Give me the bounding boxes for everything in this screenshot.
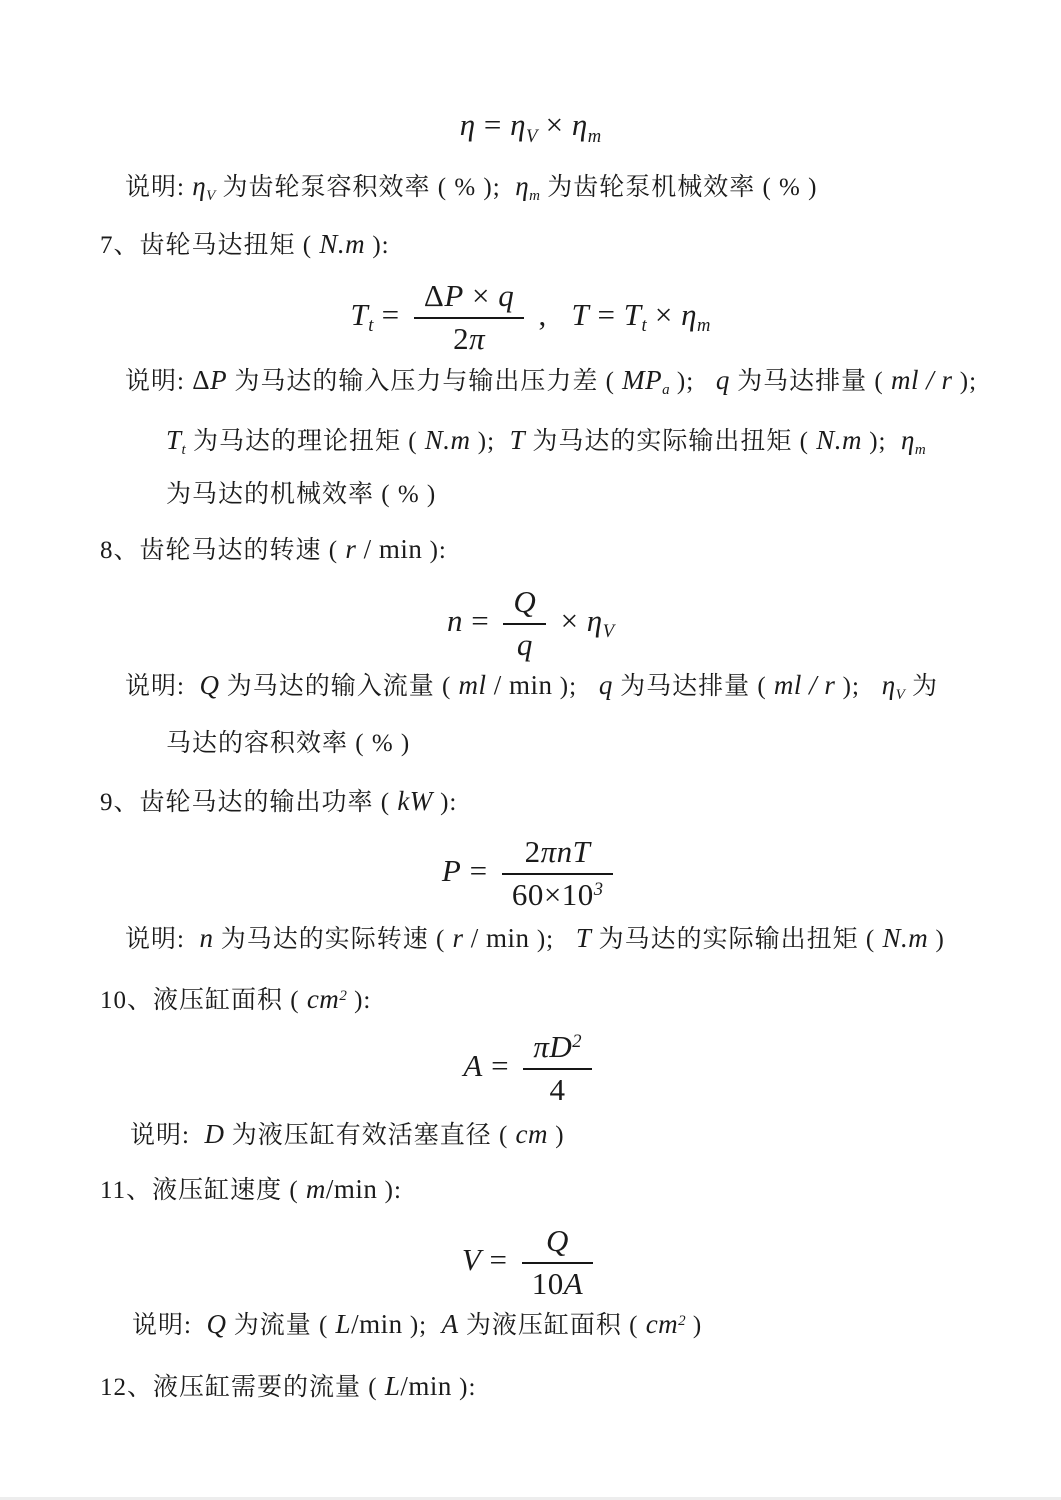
math-italic-run: η bbox=[572, 107, 588, 142]
math-roman-run: = bbox=[463, 603, 497, 638]
math-roman-run: = bbox=[461, 853, 495, 888]
text-run: ): bbox=[365, 232, 390, 259]
math-roman-run: × bbox=[464, 278, 498, 313]
math-italic-run: πnT bbox=[541, 834, 591, 869]
text-run: 马达的容积效率 ( % ) bbox=[166, 730, 410, 757]
math-italic-run: Q bbox=[513, 584, 536, 619]
subscript: m bbox=[697, 315, 710, 336]
text-run: ); bbox=[862, 428, 901, 455]
motor-torque-formula: Tt = ΔP × q2π , T = Tt × ηm bbox=[0, 276, 1061, 360]
math-italic-run: πD bbox=[533, 1029, 572, 1064]
cylinder-area-note: 说明: D 为液压缸有效活塞直径 ( cm ) bbox=[130, 1116, 565, 1153]
math-roman-run: × bbox=[647, 297, 681, 332]
fraction-numerator: Q bbox=[503, 582, 546, 623]
text-run: ); bbox=[471, 428, 510, 455]
fraction-denominator: 4 bbox=[523, 1068, 591, 1111]
subscript: m bbox=[588, 126, 601, 147]
math-italic-run: η bbox=[882, 670, 896, 700]
math-italic-run: MP bbox=[622, 365, 662, 395]
text-run: 说明: bbox=[125, 368, 192, 395]
text-run: ): bbox=[422, 537, 447, 564]
text-run: ): bbox=[347, 987, 372, 1014]
text-run: 为流量 ( bbox=[226, 1312, 335, 1339]
text-run: 为马达的输入压力与输出压力差 ( bbox=[227, 368, 622, 395]
math-roman-run: 4 bbox=[549, 1072, 565, 1107]
math-italic-run: η bbox=[515, 171, 529, 201]
math-italic-run: kW bbox=[397, 786, 432, 816]
text-run: ); bbox=[553, 673, 599, 700]
math-italic-run: T bbox=[510, 425, 526, 455]
text-run: 说明: bbox=[125, 673, 199, 700]
math-italic-run: q bbox=[716, 365, 730, 395]
math-italic-run: cm bbox=[646, 1309, 678, 1339]
text-run: ); bbox=[835, 673, 881, 700]
text-run: ); bbox=[670, 368, 716, 395]
subscript: V bbox=[206, 188, 215, 204]
math-italic-run: η bbox=[587, 603, 603, 638]
text-run: 为 bbox=[905, 673, 938, 700]
fraction: Qq bbox=[503, 582, 546, 666]
pump-efficiency-note: 说明: ηV 为齿轮泵容积效率 ( % ); ηm 为齿轮泵机械效率 ( % ) bbox=[125, 168, 817, 205]
math-italic-run: η bbox=[510, 107, 526, 142]
math-italic-run: L bbox=[336, 1309, 352, 1339]
math-italic-run: η bbox=[460, 107, 476, 142]
text-run: 为液压缸面积 ( bbox=[459, 1312, 646, 1339]
math-roman-run: × bbox=[552, 603, 586, 638]
math-italic-run: A bbox=[442, 1309, 459, 1339]
pump-overall-efficiency-formula: η = ηV × ηm bbox=[0, 104, 1061, 146]
text-run: ): bbox=[433, 789, 458, 816]
text-run: 11、液压缸速度 ( bbox=[100, 1177, 306, 1204]
math-roman-run: 10 bbox=[532, 1266, 564, 1301]
section-11-heading: 11、液压缸速度 ( m/min ): bbox=[100, 1171, 402, 1208]
subscript: t bbox=[642, 315, 647, 336]
text-run: 为马达的理论扭矩 ( bbox=[186, 428, 425, 455]
fraction-numerator: Q bbox=[522, 1221, 593, 1262]
superscript: 2 bbox=[572, 1031, 581, 1052]
math-italic-run: N.m bbox=[882, 923, 928, 953]
math-italic-run: ml / r bbox=[891, 365, 953, 395]
math-italic-run: Q bbox=[546, 1223, 569, 1258]
subscript: t bbox=[368, 315, 373, 336]
section-10-heading: 10、液压缸面积 ( cm2 ): bbox=[100, 981, 371, 1018]
fraction-denominator: 10A bbox=[522, 1262, 593, 1305]
subscript: t bbox=[182, 442, 186, 458]
fraction: ΔP × q2π bbox=[414, 276, 524, 360]
text-run: 为马达的输入流量 ( bbox=[219, 673, 458, 700]
math-italic-run: r bbox=[453, 923, 464, 953]
fraction-numerator: πD2 bbox=[523, 1027, 591, 1068]
fraction-denominator: 60×103 bbox=[502, 873, 613, 916]
cylinder-speed-formula: V = Q10A bbox=[0, 1221, 1061, 1305]
subscript: V bbox=[603, 621, 614, 642]
section-8-heading: 8、齿轮马达的转速 ( r / min ): bbox=[100, 531, 447, 568]
math-italic-run: T bbox=[351, 297, 369, 332]
math-italic-run: ml / r bbox=[774, 670, 836, 700]
math-italic-run: A bbox=[564, 1266, 583, 1301]
math-italic-run: N.m bbox=[425, 425, 471, 455]
math-roman-run: = bbox=[476, 107, 510, 142]
text-run: ) bbox=[928, 926, 945, 953]
text-run: 为液压缸有效活塞直径 ( bbox=[224, 1122, 515, 1149]
superscript: 2 bbox=[678, 1313, 686, 1329]
math-italic-run: N.m bbox=[816, 425, 862, 455]
text-run: 为齿轮泵容积效率 ( % ); bbox=[215, 174, 515, 201]
math-italic-run: m bbox=[306, 1174, 326, 1204]
math-italic-run: n bbox=[447, 603, 463, 638]
subscript: a bbox=[662, 382, 670, 398]
math-roman-run: , bbox=[530, 297, 571, 332]
math-roman-run: = bbox=[373, 297, 407, 332]
superscript: 3 bbox=[594, 879, 603, 900]
math-italic-run: cm bbox=[516, 1119, 548, 1149]
fraction-numerator: 2πnT bbox=[502, 832, 613, 873]
text-run: 12、液压缸需要的流量 ( bbox=[100, 1374, 385, 1401]
math-italic-run: T bbox=[576, 923, 592, 953]
math-italic-run: q bbox=[498, 278, 514, 313]
math-roman-run: × bbox=[537, 107, 571, 142]
math-italic-run: n bbox=[199, 923, 213, 953]
text-run: 为马达的实际转速 ( bbox=[213, 926, 452, 953]
motor-power-formula: P = 2πnT60×103 bbox=[0, 832, 1061, 916]
motor-speed-note-line-1: 说明: Q 为马达的输入流量 ( ml / min ); q 为马达排量 ( m… bbox=[125, 667, 938, 704]
math-italic-run: Q bbox=[199, 670, 219, 700]
math-roman-run: = bbox=[481, 1242, 515, 1277]
text-run: 9、齿轮马达的输出功率 ( bbox=[100, 789, 397, 816]
math-italic-run: P bbox=[210, 365, 227, 395]
text-run: 为马达的实际输出扭矩 ( bbox=[525, 428, 816, 455]
subscript: m bbox=[915, 442, 926, 458]
math-italic-run: L bbox=[385, 1371, 401, 1401]
section-12-heading: 12、液压缸需要的流量 ( L/min ): bbox=[100, 1368, 476, 1405]
section-9-heading: 9、齿轮马达的输出功率 ( kW ): bbox=[100, 783, 457, 820]
text-run: ): bbox=[452, 1374, 477, 1401]
text-run: 为马达的机械效率 ( % ) bbox=[166, 481, 436, 508]
motor-torque-note-line-2: Tt 为马达的理论扭矩 ( N.m ); T 为马达的实际输出扭矩 ( N.m … bbox=[166, 422, 926, 459]
motor-torque-note-line-3: 为马达的机械效率 ( % ) bbox=[166, 478, 436, 512]
math-roman-run: 2 bbox=[453, 321, 469, 356]
math-italic-run: A bbox=[463, 1048, 482, 1083]
math-italic-run: q bbox=[517, 627, 533, 662]
fraction: 2πnT60×103 bbox=[502, 832, 613, 916]
math-italic-run: Q bbox=[206, 1309, 226, 1339]
math-italic-run: q bbox=[599, 670, 613, 700]
text-run: ); bbox=[953, 368, 978, 395]
math-roman-run: = bbox=[483, 1048, 517, 1083]
text-run: 8、齿轮马达的转速 ( bbox=[100, 537, 345, 564]
subscript: m bbox=[529, 188, 540, 204]
fraction-denominator: q bbox=[503, 623, 546, 666]
math-italic-run: r bbox=[345, 534, 356, 564]
motor-speed-note-line-2: 马达的容积效率 ( % ) bbox=[166, 727, 410, 761]
math-italic-run: η bbox=[901, 425, 915, 455]
text-run: 为齿轮泵机械效率 ( % ) bbox=[540, 174, 817, 201]
cylinder-speed-note: 说明: Q 为流量 ( L/min ); A 为液压缸面积 ( cm2 ) bbox=[132, 1306, 702, 1343]
math-roman-run: /min bbox=[351, 1309, 403, 1339]
math-italic-run: V bbox=[462, 1242, 481, 1277]
math-italic-run: T bbox=[572, 297, 590, 332]
fraction: πD24 bbox=[523, 1027, 591, 1111]
math-roman-run: / min bbox=[356, 534, 422, 564]
text-run: ) bbox=[548, 1122, 565, 1149]
text-run: 为马达的实际输出扭矩 ( bbox=[591, 926, 882, 953]
math-roman-run: 60×10 bbox=[512, 877, 594, 912]
math-italic-run: η bbox=[681, 297, 697, 332]
math-italic-run: D bbox=[204, 1119, 224, 1149]
text-run: 为马达排量 ( bbox=[613, 673, 774, 700]
motor-power-note: 说明: n 为马达的实际转速 ( r / min ); T 为马达的实际输出扭矩… bbox=[125, 920, 945, 957]
math-italic-run: P bbox=[442, 853, 461, 888]
math-italic-run: P bbox=[444, 278, 463, 313]
math-italic-run: T bbox=[166, 425, 182, 455]
math-roman-run: Δ bbox=[192, 365, 210, 395]
section-7-heading: 7、齿轮马达扭矩 ( N.m ): bbox=[100, 226, 390, 263]
math-italic-run: ml bbox=[459, 670, 487, 700]
math-italic-run: T bbox=[624, 297, 642, 332]
text-run: ); bbox=[530, 926, 576, 953]
text-run: ): bbox=[377, 1177, 402, 1204]
text-run: 说明: bbox=[130, 1122, 204, 1149]
text-run: 7、齿轮马达扭矩 ( bbox=[100, 232, 319, 259]
math-roman-run: Δ bbox=[424, 278, 444, 313]
fraction-numerator: ΔP × q bbox=[414, 276, 524, 317]
fraction-denominator: 2π bbox=[414, 317, 524, 360]
document-page: η = ηV × ηm 说明: ηV 为齿轮泵容积效率 ( % ); ηm 为齿… bbox=[0, 0, 1061, 1500]
math-roman-run: / min bbox=[487, 670, 553, 700]
motor-torque-note-line-1: 说明: ΔP 为马达的输入压力与输出压力差 ( MPa ); q 为马达排量 (… bbox=[125, 362, 977, 399]
text-run: ); bbox=[403, 1312, 442, 1339]
math-roman-run: /min bbox=[326, 1174, 378, 1204]
superscript: 2 bbox=[339, 988, 347, 1004]
math-roman-run: /min bbox=[400, 1371, 452, 1401]
fraction: Q10A bbox=[522, 1221, 593, 1305]
subscript: V bbox=[526, 126, 537, 147]
math-roman-run: = bbox=[589, 297, 623, 332]
cylinder-area-formula: A = πD24 bbox=[0, 1027, 1061, 1111]
math-italic-run: η bbox=[192, 171, 206, 201]
math-roman-run: / min bbox=[464, 923, 530, 953]
text-run: 10、液压缸面积 ( bbox=[100, 987, 307, 1014]
math-italic-run: N.m bbox=[319, 229, 365, 259]
motor-speed-formula: n = Qq × ηV bbox=[0, 582, 1061, 666]
math-roman-run: 2 bbox=[525, 834, 541, 869]
text-run: 说明: bbox=[125, 174, 192, 201]
text-run: 为马达排量 ( bbox=[730, 368, 891, 395]
text-run: 说明: bbox=[132, 1312, 206, 1339]
text-run: 说明: bbox=[125, 926, 199, 953]
math-italic-run: cm bbox=[307, 984, 339, 1014]
math-italic-run: π bbox=[469, 321, 485, 356]
subscript: V bbox=[896, 687, 905, 703]
text-run: ) bbox=[686, 1312, 703, 1339]
